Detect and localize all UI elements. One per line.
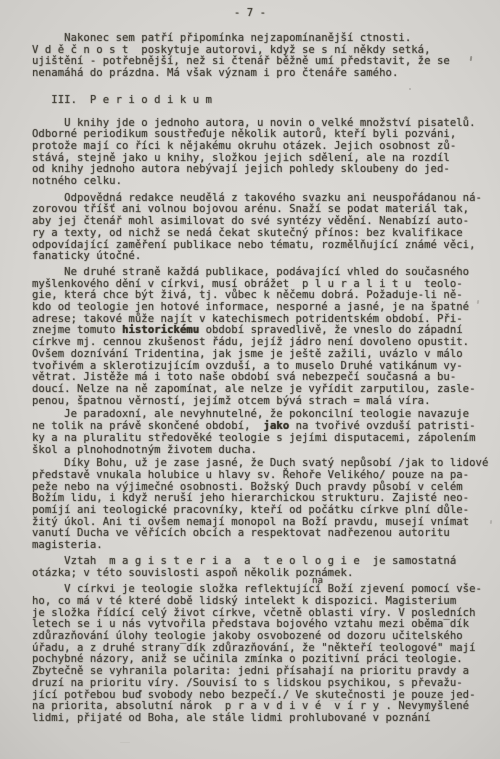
text-line: lidmi, přijaté od Boha, ale stále lidmi …	[32, 713, 492, 725]
paragraph: Odpovědná redakce neudělá z takového sva…	[32, 193, 492, 263]
scanned-page: - 7 - Nakonec sem patří připomínka nejza…	[0, 0, 500, 759]
text-line: penou, špatnou věrností, jejímž otcem bý…	[32, 396, 492, 408]
text-line: magisteria.	[32, 540, 492, 552]
scan-speck	[330, 700, 344, 701]
paragraph: V církvi je teologie složka reflektující…	[32, 584, 492, 724]
paragraph: Je paradoxní, ale nevyhnutelné, že pokon…	[32, 409, 492, 456]
paragraph: Nakonec sem patří připomínka nejzapomína…	[32, 33, 492, 80]
text-line: nenamáhá do prázdna. Má však význam i pr…	[32, 68, 492, 80]
paragraph: U knihy jde o jednoho autora, u novin o …	[32, 118, 492, 188]
typed-insertion-above-line: na	[312, 576, 323, 585]
text-line: notného celku.	[32, 176, 492, 188]
scan-speck	[409, 88, 411, 90]
paragraph: Ne druhé straně každá publikace, podávaj…	[32, 267, 492, 407]
scan-speck	[120, 742, 130, 743]
text-line: otázka; v této souvislosti aspoň několik…	[32, 568, 492, 580]
document-body: Nakonec sem patří připomínka nejzapomína…	[32, 0, 492, 725]
paragraph: Díky Bohu, už je zase jasné, že Duch sva…	[32, 458, 492, 552]
section-heading: III. P e r i o d i k u m	[32, 95, 492, 107]
text-line: škol a plnohodnotným životem ducha.	[32, 445, 492, 457]
text-line: fanaticky útočné.	[32, 251, 492, 263]
text-line: III. P e r i o d i k u m	[32, 95, 492, 107]
paragraph: Vztah m a g i s t e r i a a t e o l o g …	[32, 556, 492, 579]
